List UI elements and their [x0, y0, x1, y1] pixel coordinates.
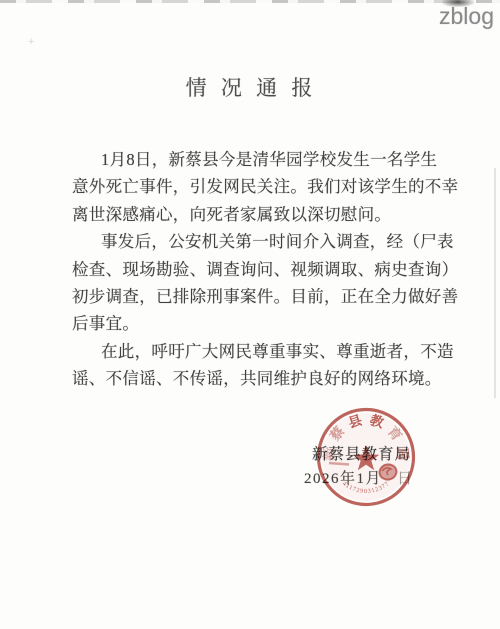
scan-artifact-top-edge [0, 0, 500, 3]
watermark: zblog [439, 3, 494, 30]
official-seal: 新 蔡 县 教 育 局 4117290312377 [296, 387, 436, 527]
body-line: 后事宜。 [72, 310, 434, 337]
body-line: 初步调查，已排除刑事案件。目前，正在全力做好善 [72, 283, 434, 310]
seal-smear-mark [329, 463, 349, 465]
seal-ring-char: 新 [320, 446, 337, 461]
body-line: 在此，呼吁广大网民尊重事实、尊重逝者，不造 [72, 338, 434, 365]
body-line: 检查、现场勘验、调查询问、视频调取、病史查询） [72, 256, 434, 283]
scan-artifact-right-edge [494, 168, 496, 398]
document-body: 1月8日，新蔡县今是清华园学校发生一名学生 意外死亡事件，引发网民关注。我们对该… [72, 146, 434, 393]
scan-artifact-plus: + [28, 36, 34, 48]
body-line: 离世深感痛心，向死者家属致以深切慰问。 [72, 201, 434, 228]
body-line: 1月8日，新蔡县今是清华园学校发生一名学生 [72, 146, 434, 173]
seal-ring-char: 局 [395, 446, 411, 461]
body-line: 事发后，公安机关第一时间介入调查，经（尸表 [72, 228, 434, 255]
document-page: + zblog 情 况 通 报 1月8日，新蔡县今是清华园学校发生一名学生 意外… [0, 0, 500, 629]
document-title: 情 况 通 报 [12, 72, 488, 102]
body-line: 意外死亡事件，引发网民关注。我们对该学生的不幸 [72, 173, 434, 200]
